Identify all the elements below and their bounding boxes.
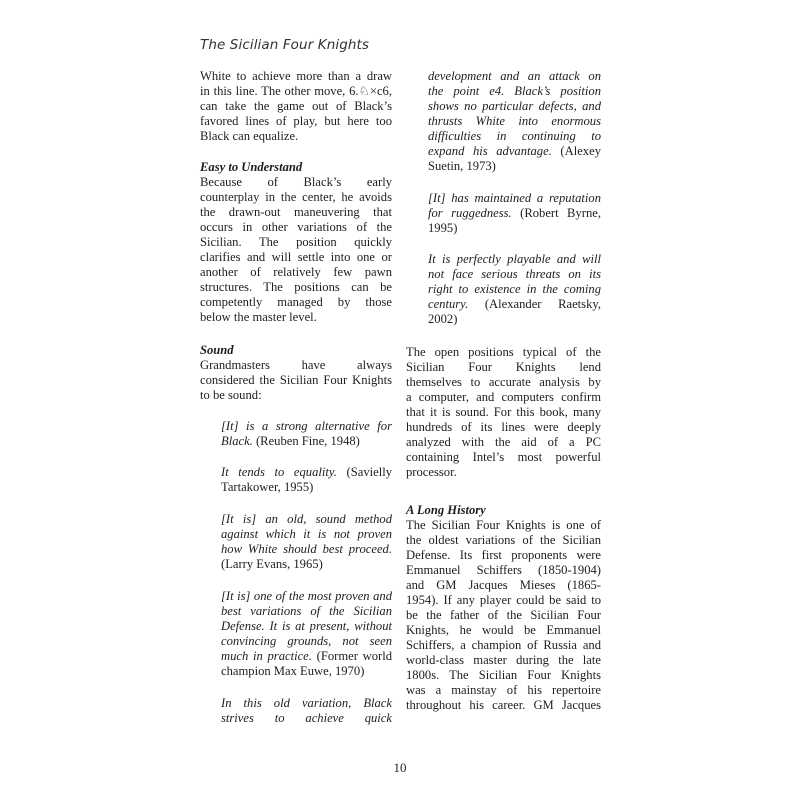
quote-line: shows no particular defects, and xyxy=(428,99,601,114)
quote-line: [It is] one of the most proven and xyxy=(221,589,392,604)
text-line: The open positions typical of the xyxy=(406,345,601,360)
text-line: can take the game out of Black’s xyxy=(200,99,392,114)
section-heading: A Long History xyxy=(406,503,601,518)
text-line: competently managed by those xyxy=(200,295,392,310)
text-line: The Sicilian Four Knights is one of xyxy=(406,518,601,533)
text-line: Knights, he would be Emmanuel xyxy=(406,623,601,638)
text-line: Black can equalize. xyxy=(200,129,392,144)
text-line: themselves to accurate analysis by xyxy=(406,375,601,390)
quote-line: strives to achieve quick xyxy=(221,711,392,726)
quote-line: [It] has maintained a reputation xyxy=(428,191,601,206)
text-line: structures. The positions can be xyxy=(200,280,392,295)
quote-line: much in practice. (Former world xyxy=(221,649,392,664)
text-line: processor. xyxy=(406,465,601,480)
quote-line: (Larry Evans, 1965) xyxy=(221,557,392,572)
text-line: analyzed with the aid of a PC xyxy=(406,435,601,450)
quote-line: the point e4. Black’s position xyxy=(428,84,601,99)
text-line: the drawn-out maneuvering that xyxy=(200,205,392,220)
text-line: throughout his career. GM Jacques xyxy=(406,698,601,713)
text-line: occurs in other variations of the xyxy=(200,220,392,235)
quote-line: It tends to equality. (Savielly xyxy=(221,465,392,480)
quote-line: Black. (Reuben Fine, 1948) xyxy=(221,434,392,449)
section-heading: Sound xyxy=(200,343,392,358)
text-line: clarifies and will settle into one or xyxy=(200,250,392,265)
text-line: that it is sound. For this book, many xyxy=(406,405,601,420)
text-line: hundreds of its lines were deeply xyxy=(406,420,601,435)
text-line: Because of Black’s early xyxy=(200,175,392,190)
text-line: below the master level. xyxy=(200,310,392,325)
quote-line: how White should best proceed. xyxy=(221,542,392,557)
running-head: The Sicilian Four Knights xyxy=(200,37,369,53)
quote-line: against which it is not proven xyxy=(221,527,392,542)
quote-line: 2002) xyxy=(428,312,601,327)
quote-line: 1995) xyxy=(428,221,601,236)
text-line: another of relatively few pawn xyxy=(200,265,392,280)
text-line: Sicilian Four Knights lend xyxy=(406,360,601,375)
quote-line: Suetin, 1973) xyxy=(428,159,601,174)
text-line: Schiffers, a champion of Russia and xyxy=(406,638,601,653)
quote-line: right to existence in the coming xyxy=(428,282,601,297)
text-line: 1954). If any player could be said to xyxy=(406,593,601,608)
quote-line: In this old variation, Black xyxy=(221,696,392,711)
text-line: considered the Sicilian Four Knights xyxy=(200,373,392,388)
text-line: White to achieve more than a draw xyxy=(200,69,392,84)
text-line: the oldest variations of the Sicilian xyxy=(406,533,601,548)
quote-line: [It is] an old, sound method xyxy=(221,512,392,527)
text-line: containing Intel’s most powerful xyxy=(406,450,601,465)
quote-line: for ruggedness. (Robert Byrne, xyxy=(428,206,601,221)
quote-line: convincing grounds, not seen xyxy=(221,634,392,649)
quote-line: best variations of the Sicilian xyxy=(221,604,392,619)
quote-line: Defense. It is at present, without xyxy=(221,619,392,634)
quote-line: development and an attack on xyxy=(428,69,601,84)
text-line: 1800s. The Sicilian Four Knights xyxy=(406,668,601,683)
section-heading: Easy to Understand xyxy=(200,160,392,175)
page-number: 10 xyxy=(390,760,410,776)
quote-line: Tartakower, 1955) xyxy=(221,480,392,495)
book-page: The Sicilian Four Knights White to achie… xyxy=(0,0,800,800)
text-line: be the father of the Sicilian Four xyxy=(406,608,601,623)
quote-line: not face serious threats on its xyxy=(428,267,601,282)
quote-line: expand his advantage. (Alexey xyxy=(428,144,601,159)
text-line: and GM Jacques Mieses (1865- xyxy=(406,578,601,593)
text-line: counterplay in the center, he avoids xyxy=(200,190,392,205)
text-line: favored lines of play, but here too xyxy=(200,114,392,129)
quote-line: [It] is a strong alternative for xyxy=(221,419,392,434)
text-line: a computer, and computers confirm xyxy=(406,390,601,405)
text-line: was a mainstay of his repertoire xyxy=(406,683,601,698)
text-line: Grandmasters have always xyxy=(200,358,392,373)
text-line: to be sound: xyxy=(200,388,392,403)
text-line: world-class master during the late xyxy=(406,653,601,668)
text-line: Defense. Its first proponents were xyxy=(406,548,601,563)
text-line: Emmanuel Schiffers (1850-1904) xyxy=(406,563,601,578)
quote-line: thrusts White into enormous xyxy=(428,114,601,129)
text-line: in this line. The other move, 6.♘×c6, xyxy=(200,84,392,99)
quote-line: difficulties in continuing to xyxy=(428,129,601,144)
text-line: Sicilian. The position quickly xyxy=(200,235,392,250)
quote-line: century. (Alexander Raetsky, xyxy=(428,297,601,312)
quote-line: champion Max Euwe, 1970) xyxy=(221,664,392,679)
quote-line: It is perfectly playable and will xyxy=(428,252,601,267)
